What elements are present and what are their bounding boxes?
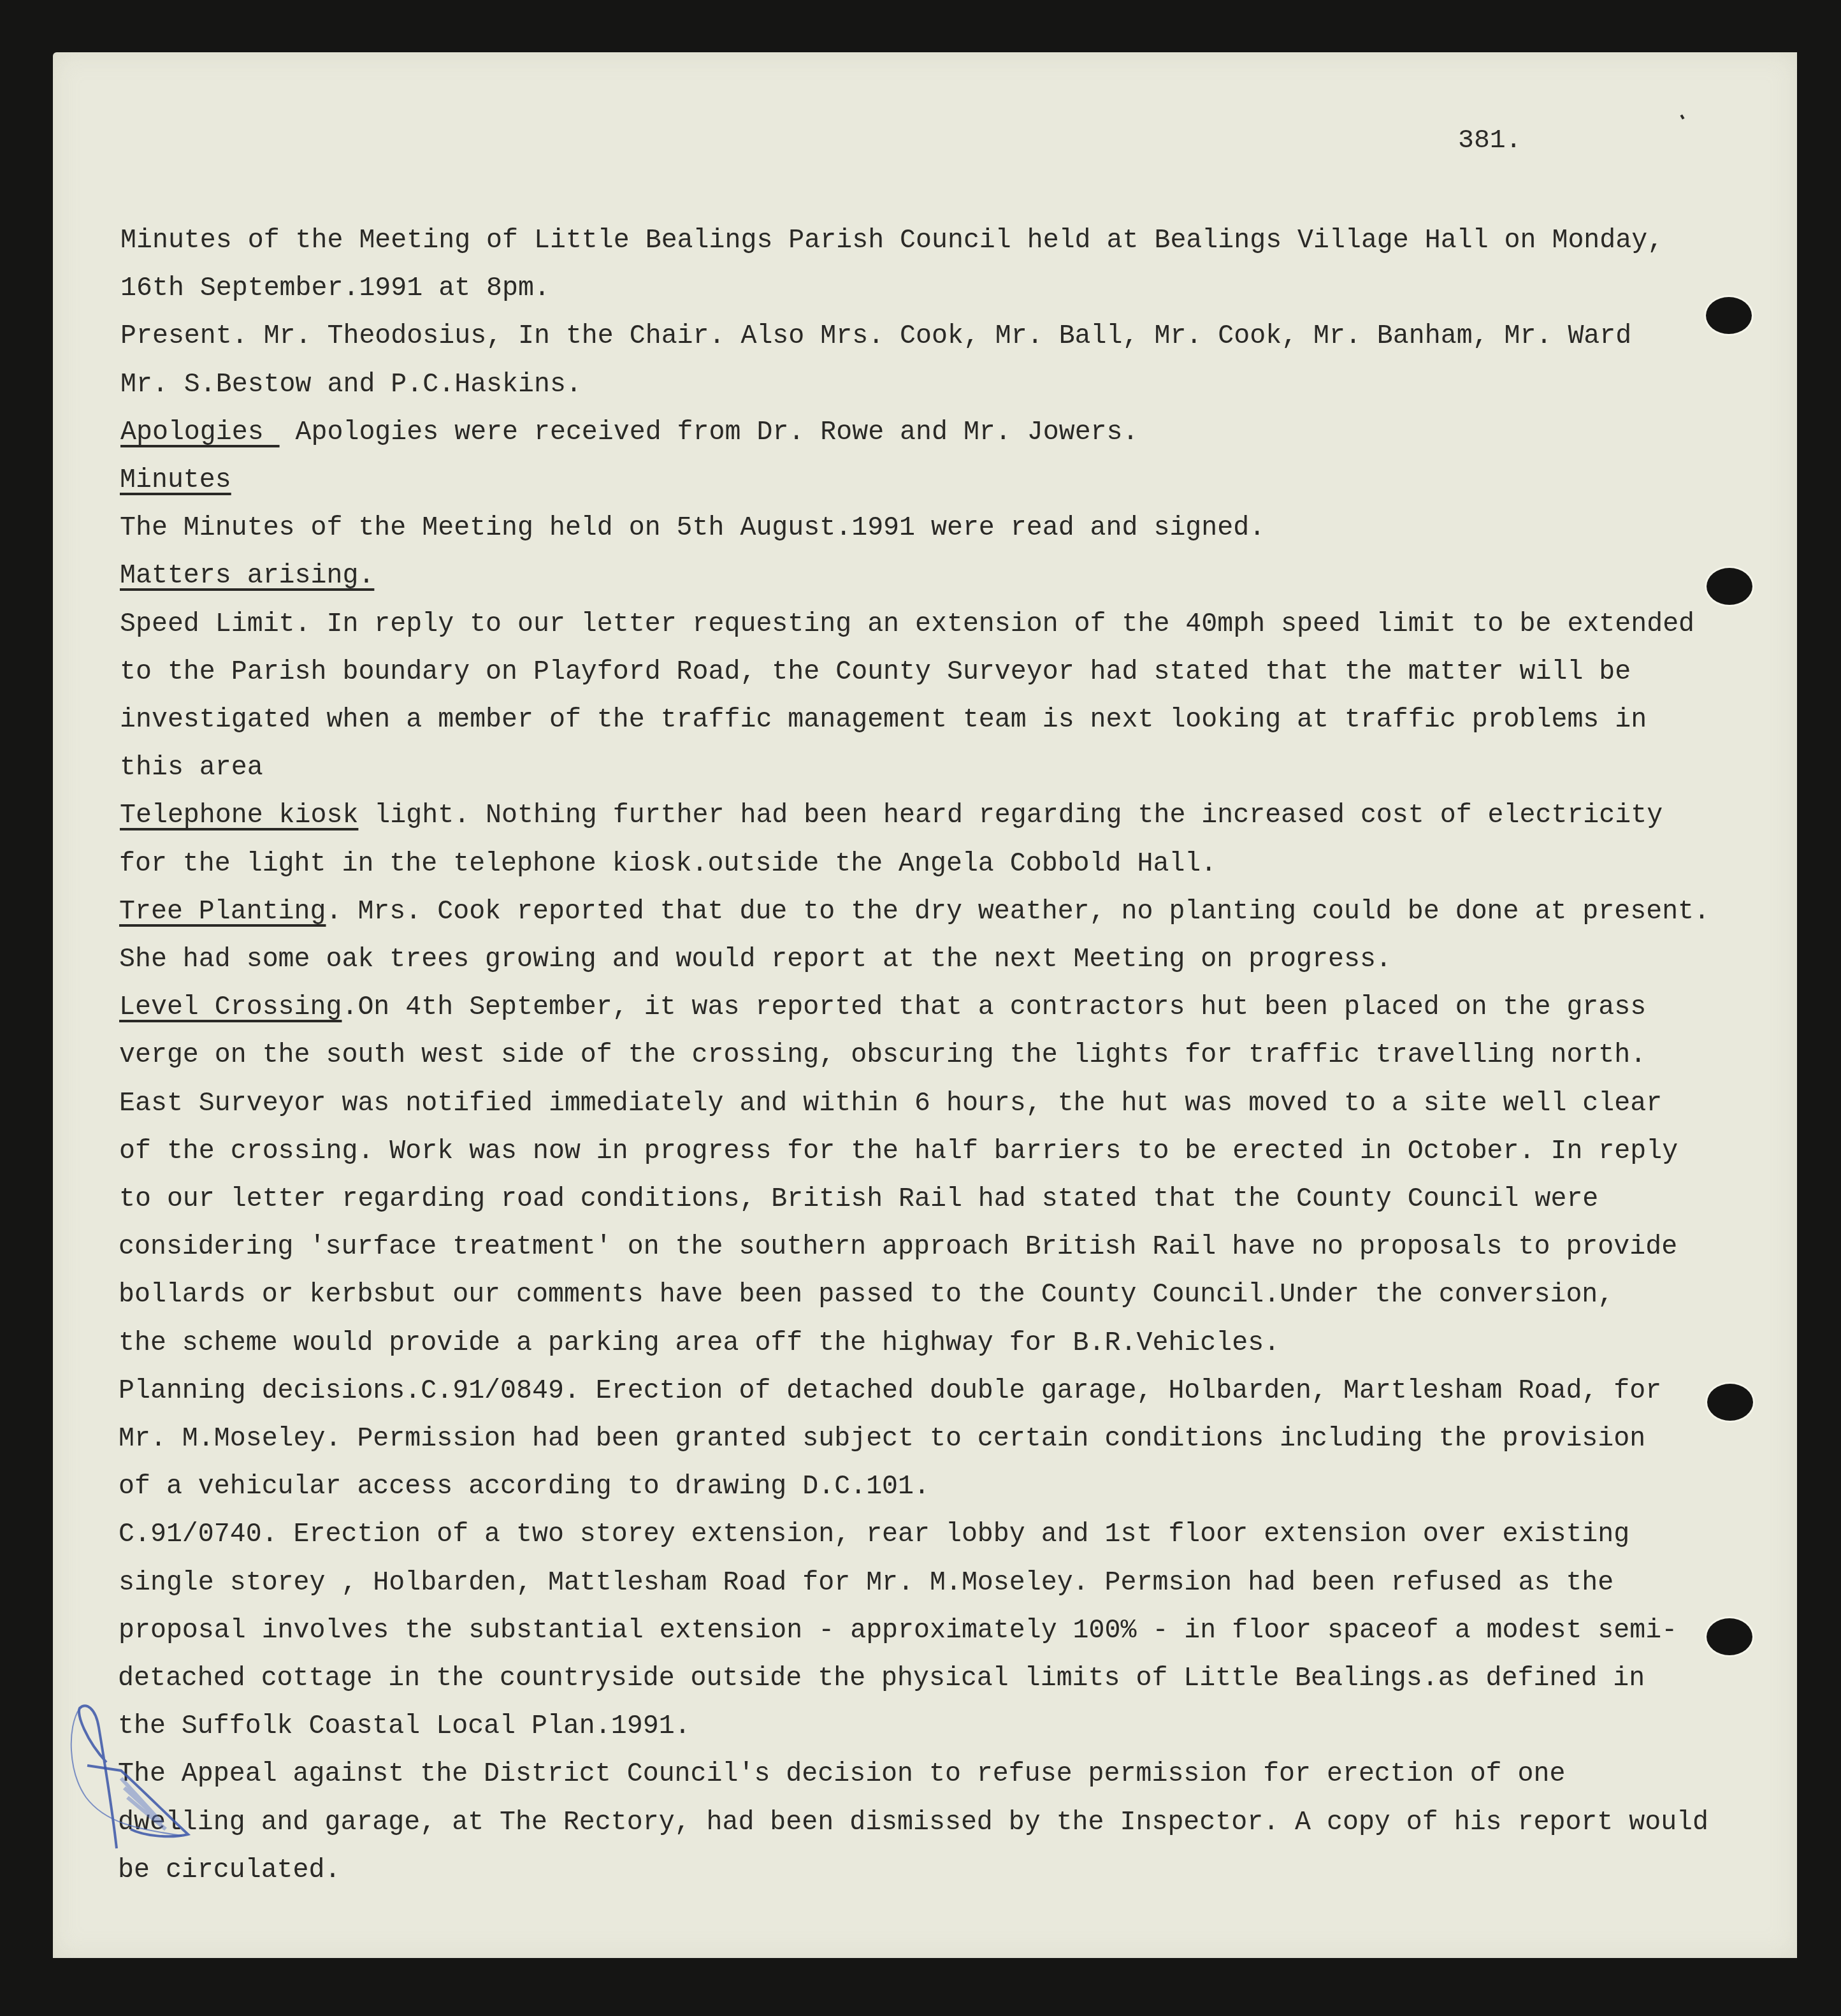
text-segment: bollards or kerbsbut our comments have b… [119,1280,1614,1310]
text-segment: The Minutes of the Meeting held on 5th A… [120,513,1265,543]
text-segment: of a vehicular access according to drawi… [119,1472,930,1502]
text-line: The Appeal against the District Council'… [118,1759,1565,1790]
text-line: Minutes of the Meeting of Little Bealing… [120,225,1663,257]
text-segment: Minutes of the Meeting of Little Bealing… [120,226,1663,256]
text-segment: Apologies were received from Dr. Rowe an… [280,417,1139,447]
text-segment: light. Nothing further had been heard re… [358,801,1663,830]
text-segment: She had some oak trees growing and would… [119,945,1392,975]
text-segment: the scheme would provide a parking area … [119,1328,1280,1358]
text-line: Planning decisions.C.91/0849. Erection o… [119,1375,1661,1407]
text-line: Present. Mr. Theodosius, In the Chair. A… [120,321,1631,352]
text-segment: investigated when a member of the traffi… [120,705,1647,735]
text-line: detached cottage in the countryside outs… [118,1663,1645,1695]
text-line: to our letter regarding road conditions,… [119,1184,1598,1215]
section-heading: Apologies [120,417,280,447]
punch-hole [1707,568,1752,605]
text-line: the scheme would provide a parking area … [119,1328,1280,1360]
text-line: this area [120,752,263,784]
text-line: Mr. S.Bestow and P.C.Haskins. [120,369,582,401]
text-segment: verge on the south west side of the cros… [119,1040,1646,1070]
text-segment: 16th September.1991 at 8pm. [120,273,550,303]
text-line: East Surveyor was notified immediately a… [119,1088,1662,1120]
punch-hole [1707,1384,1753,1421]
text-segment: to the Parish boundary on Playford Road,… [120,657,1631,687]
text-segment: considering 'surface treatment' on the s… [119,1232,1677,1262]
text-line: of a vehicular access according to drawi… [119,1471,930,1503]
text-line: C.91/0740. Erection of a two storey exte… [119,1519,1629,1551]
section-heading: Minutes [120,465,231,495]
text-line: for the light in the telephone kiosk.out… [119,848,1217,880]
text-line: Level Crossing.On 4th September, it was … [119,992,1646,1024]
text-line: She had some oak trees growing and would… [119,944,1392,976]
text-segment: single storey , Holbarden, Mattlesham Ro… [119,1568,1614,1598]
section-heading: Matters arising. [120,561,374,591]
section-heading: Level Crossing [119,992,342,1022]
text-segment: East Surveyor was notified immediately a… [119,1089,1662,1119]
text-segment: dwelling and garage, at The Rectory, had… [118,1808,1708,1838]
text-segment: .On 4th September, it was reported that … [342,992,1646,1022]
text-line: Telephone kiosk light. Nothing further h… [120,800,1663,832]
section-heading: Telephone kiosk [120,801,358,830]
text-line: Minutes [120,465,231,497]
text-line: considering 'surface treatment' on the s… [119,1231,1677,1263]
text-segment: detached cottage in the countryside outs… [118,1664,1645,1693]
text-segment: Mr. S.Bestow and P.C.Haskins. [120,370,582,400]
text-segment: proposal involves the substantial extens… [119,1616,1677,1646]
text-line: Tree Planting. Mrs. Cook reported that d… [119,896,1710,928]
text-segment: be circulated. [118,1855,340,1885]
text-line: bollards or kerbsbut our comments have b… [119,1279,1614,1311]
text-line: single storey , Holbarden, Mattlesham Ro… [119,1567,1614,1599]
text-line: verge on the south west side of the cros… [119,1040,1646,1071]
text-segment: Mr. M.Moseley. Permission had been grant… [119,1424,1645,1454]
text-line: investigated when a member of the traffi… [120,704,1647,736]
text-segment: the Suffolk Coastal Local Plan.1991. [118,1711,691,1741]
text-segment: of the crossing. Work was now in progres… [119,1136,1678,1166]
text-segment: Present. Mr. Theodosius, In the Chair. A… [120,321,1631,351]
text-line: be circulated. [118,1855,340,1887]
text-segment: Speed Limit. In reply to our letter requ… [120,609,1694,639]
text-line: The Minutes of the Meeting held on 5th A… [120,512,1265,544]
text-segment: C.91/0740. Erection of a two storey exte… [119,1519,1629,1549]
punch-hole [1707,1618,1752,1655]
text-line: Speed Limit. In reply to our letter requ… [120,609,1694,641]
page-number: 381. [1458,125,1522,157]
text-line: Mr. M.Moseley. Permission had been grant… [119,1423,1645,1455]
section-heading: Tree Planting [119,897,326,927]
text-line: proposal involves the substantial extens… [119,1615,1677,1647]
text-segment: Planning decisions.C.91/0849. Erection o… [119,1376,1661,1406]
text-line: to the Parish boundary on Playford Road,… [120,656,1631,688]
text-segment: for the light in the telephone kiosk.out… [119,849,1217,879]
text-line: of the crossing. Work was now in progres… [119,1136,1678,1168]
punch-hole [1706,297,1752,334]
text-segment: . Mrs. Cook reported that due to the dry… [326,897,1710,927]
text-segment: this area [120,753,263,783]
text-segment: The Appeal against the District Council'… [118,1759,1565,1789]
text-line: the Suffolk Coastal Local Plan.1991. [118,1711,691,1743]
text-line: dwelling and garage, at The Rectory, had… [118,1807,1708,1839]
text-segment: to our letter regarding road conditions,… [119,1184,1598,1214]
text-line: Matters arising. [120,560,374,592]
text-line: 16th September.1991 at 8pm. [120,273,550,305]
text-line: Apologies Apologies were received from D… [120,417,1138,449]
